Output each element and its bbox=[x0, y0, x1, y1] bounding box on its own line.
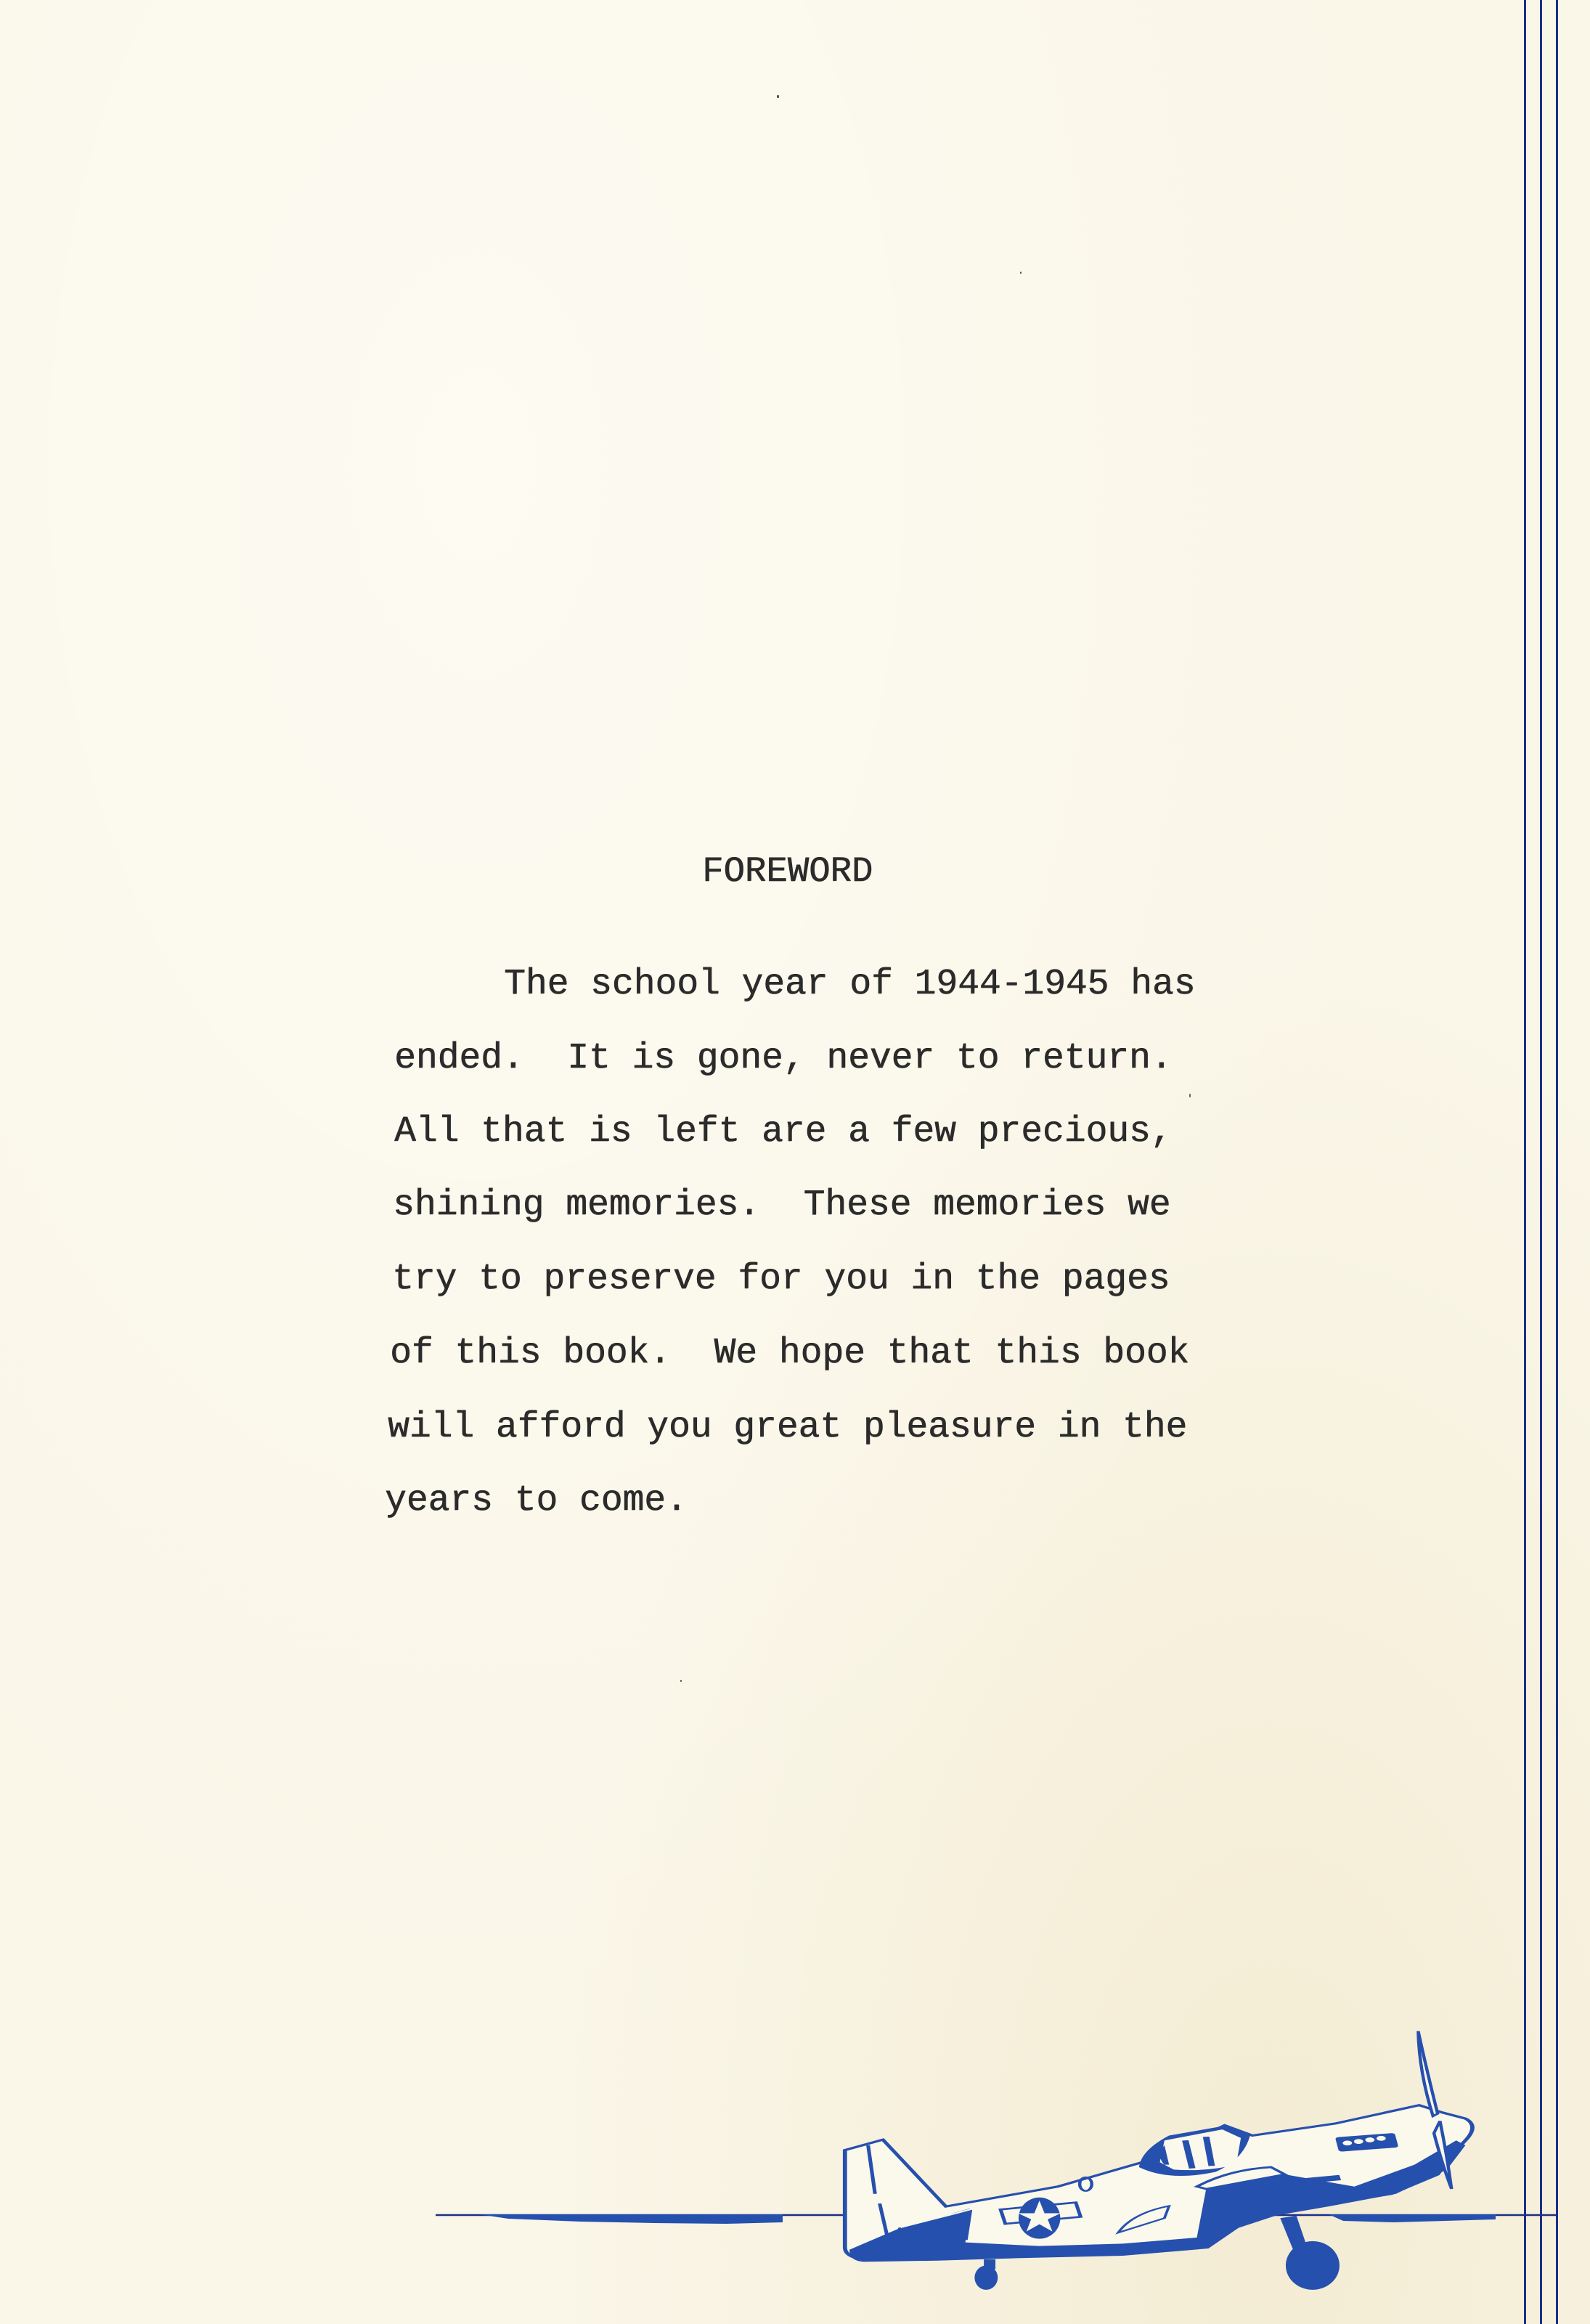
margin-rule-1 bbox=[1524, 0, 1526, 2324]
paper-speck bbox=[1189, 1094, 1191, 1097]
paragraph-line: years to come. bbox=[385, 1482, 688, 1519]
paragraph-line: of this book. We hope that this book bbox=[390, 1335, 1189, 1371]
paper-speck bbox=[1020, 272, 1022, 274]
yearbook-page: FOREWORD The school year of 1944-1945 ha… bbox=[0, 0, 1590, 2324]
paragraph-line: The school year of 1944-1945 has bbox=[504, 966, 1195, 1002]
page-title: FOREWORD bbox=[702, 854, 873, 890]
paragraph-line: shining memories. These memories we bbox=[393, 1187, 1170, 1223]
paper-speck bbox=[680, 1680, 682, 1682]
ground-shadow-right bbox=[1329, 2214, 1496, 2222]
illustration bbox=[0, 0, 1590, 2324]
paragraph-line: will afford you great pleasure in the bbox=[388, 1409, 1187, 1445]
star-roundel-icon bbox=[1000, 2198, 1080, 2239]
paper-speck bbox=[777, 95, 779, 98]
margin-rule-3 bbox=[1556, 0, 1558, 2324]
paragraph-line: All that is left are a few precious, bbox=[394, 1113, 1172, 1150]
margin-rule-2 bbox=[1540, 0, 1542, 2324]
ground-shadow-left bbox=[479, 2214, 783, 2224]
paragraph-line: try to preserve for you in the pages bbox=[392, 1261, 1170, 1297]
paragraph-line: ended. It is gone, never to return. bbox=[394, 1040, 1172, 1076]
fighter-airplane-icon bbox=[845, 2031, 1472, 2290]
